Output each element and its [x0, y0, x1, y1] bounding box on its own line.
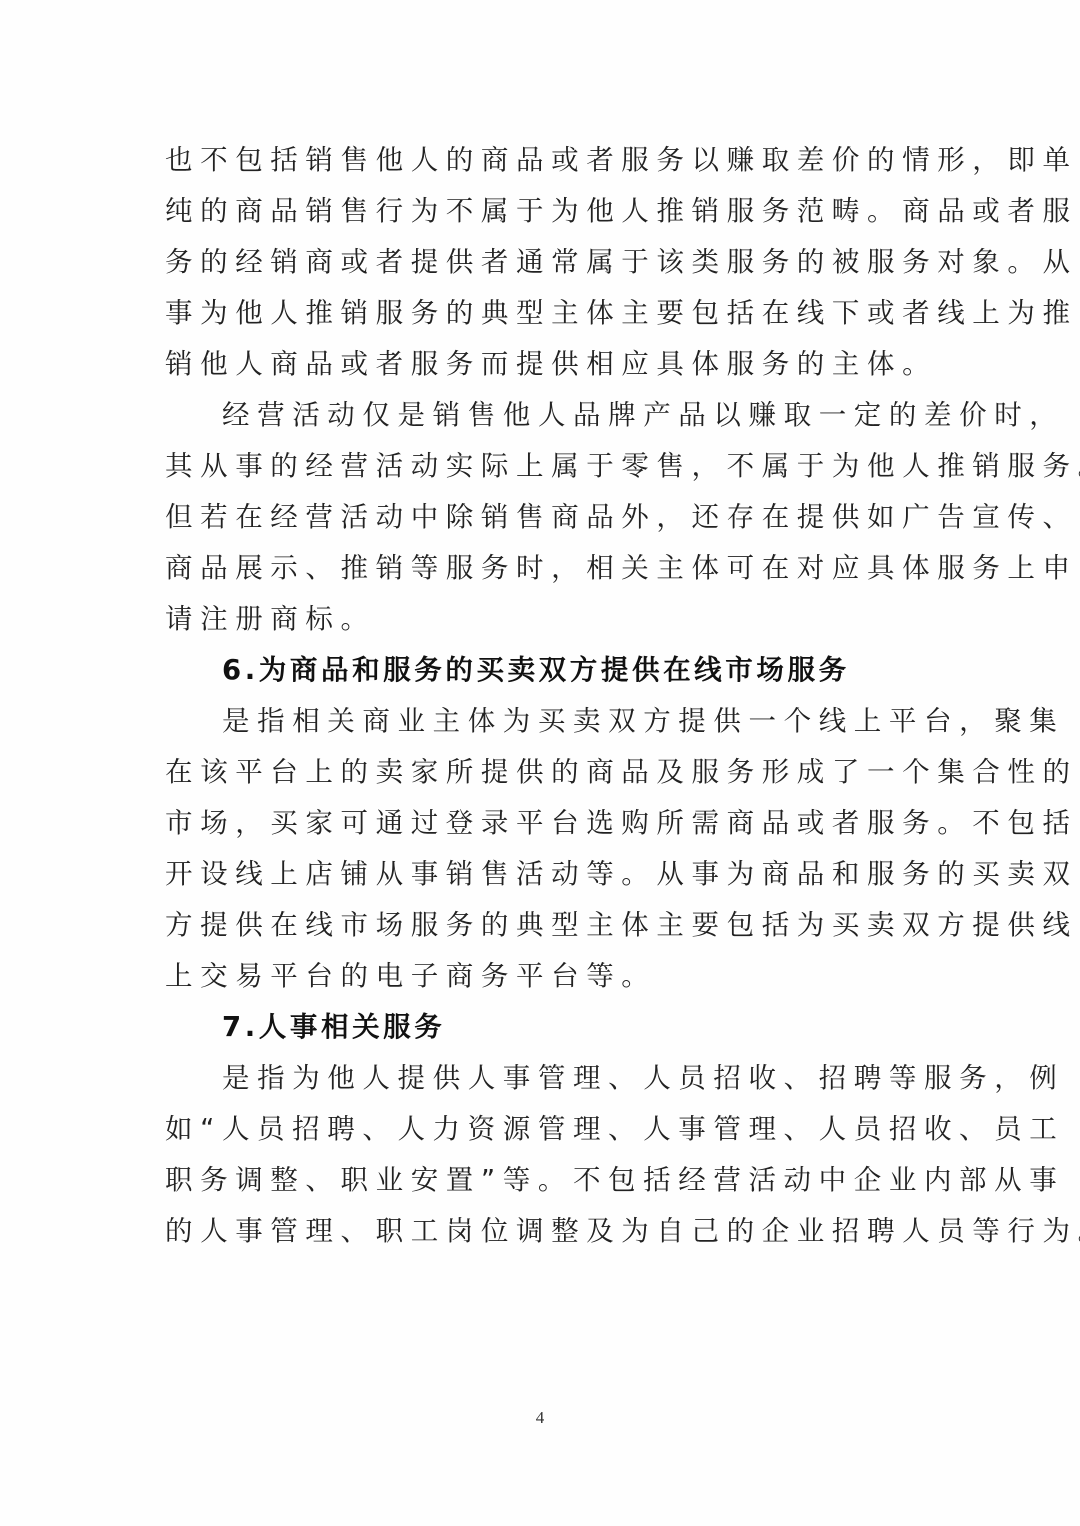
paragraph-line: 是指相关商业主体为买卖双方提供一个线上平台，聚集 [222, 696, 925, 746]
section-heading-6: 6.为商品和服务的买卖双方提供在线市场服务 [222, 645, 925, 695]
page-number: 4 [0, 1408, 1080, 1428]
paragraph-line: 商品展示、推销等服务时，相关主体可在对应具体服务上申 [165, 543, 925, 593]
document-page: 也不包括销售他人的商品或者服务以赚取差价的情形，即单 纯的商品销售行为不属于为他… [0, 0, 1080, 1526]
paragraph-line: 销他人商品或者服务而提供相应具体服务的主体。 [165, 339, 925, 389]
paragraph-line: 但若在经营活动中除销售商品外，还存在提供如广告宣传、 [165, 492, 925, 542]
paragraph-line: 开设线上店铺从事销售活动等。从事为商品和服务的买卖双 [165, 849, 925, 899]
paragraph-line: 是指为他人提供人事管理、人员招收、招聘等服务，例 [222, 1053, 925, 1103]
paragraph-line: 务的经销商或者提供者通常属于该类服务的被服务对象。从 [165, 237, 925, 287]
paragraph-line: 市场，买家可通过登录平台选购所需商品或者服务。不包括 [165, 798, 925, 848]
paragraph-line: 方提供在线市场服务的典型主体主要包括为买卖双方提供线 [165, 900, 925, 950]
paragraph-line: 纯的商品销售行为不属于为他人推销服务范畴。商品或者服 [165, 186, 925, 236]
paragraph-line: 经营活动仅是销售他人品牌产品以赚取一定的差价时， [222, 390, 925, 440]
paragraph-line: 其从事的经营活动实际上属于零售，不属于为他人推销服务。 [165, 441, 925, 491]
paragraph-line: 的人事管理、职工岗位调整及为自己的企业招聘人员等行为。 [165, 1206, 925, 1256]
section-heading-7: 7.人事相关服务 [222, 1002, 925, 1052]
paragraph-line: 上交易平台的电子商务平台等。 [165, 951, 925, 1001]
paragraph-line: 也不包括销售他人的商品或者服务以赚取差价的情形，即单 [165, 135, 925, 185]
paragraph-line: 请注册商标。 [165, 594, 925, 644]
paragraph-line: 如“人员招聘、人力资源管理、人事管理、人员招收、员工 [165, 1104, 925, 1154]
paragraph-line: 事为他人推销服务的典型主体主要包括在线下或者线上为推 [165, 288, 925, 338]
paragraph-line: 在该平台上的卖家所提供的商品及服务形成了一个集合性的 [165, 747, 925, 797]
paragraph-line: 职务调整、职业安置”等。不包括经营活动中企业内部从事 [165, 1155, 925, 1205]
